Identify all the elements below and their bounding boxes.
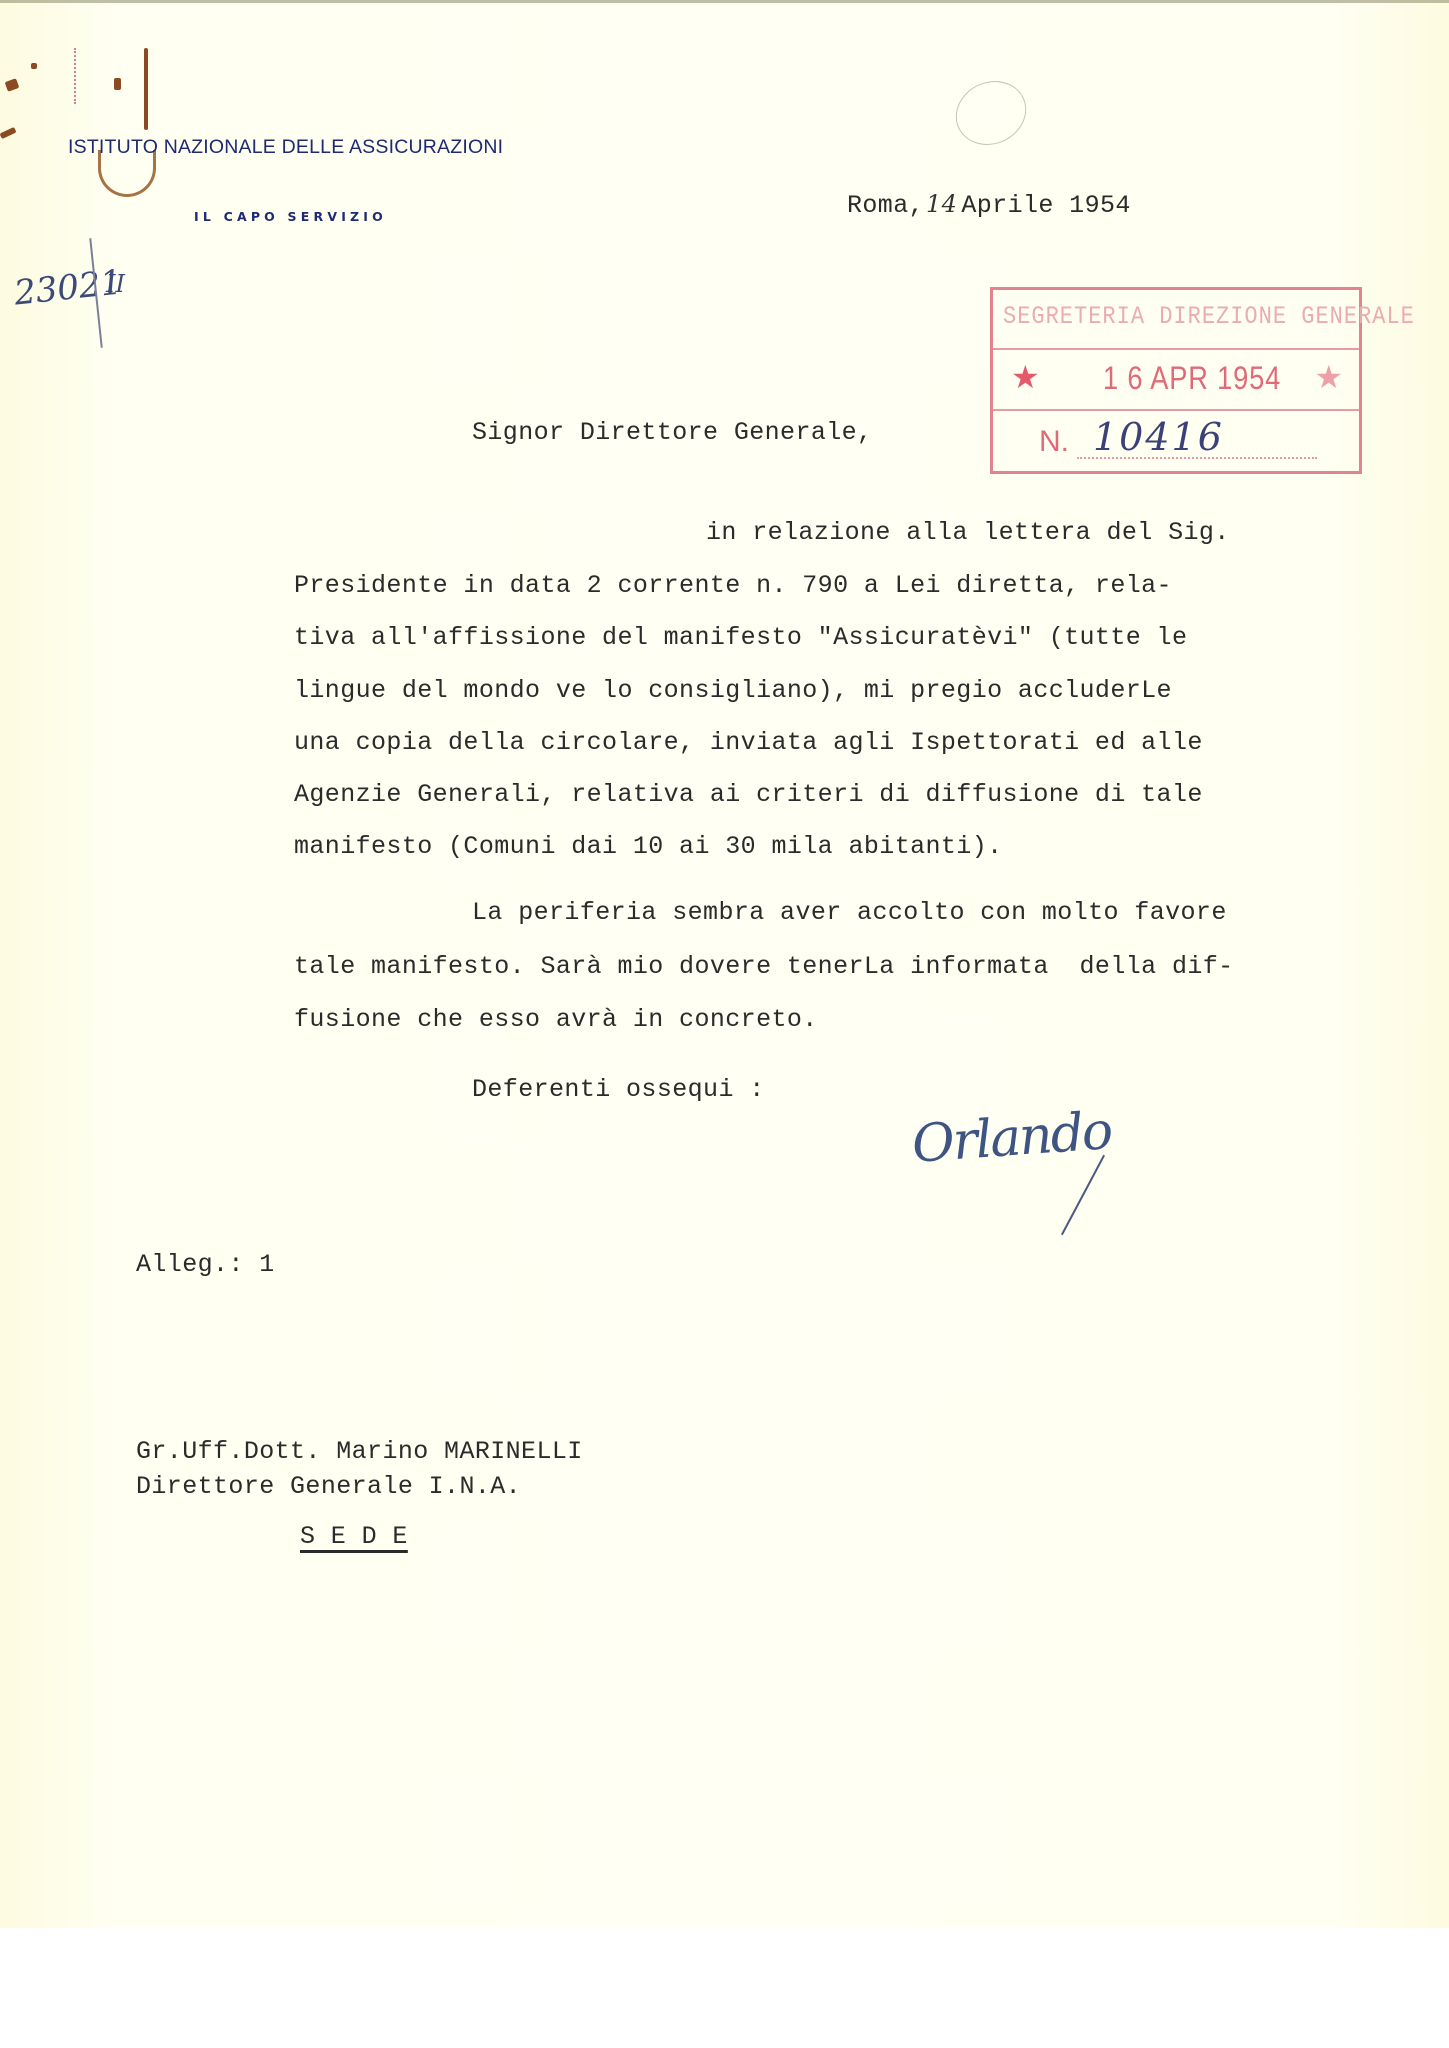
letter-page: ISTITUTO NAZIONALE DELLE ASSICURAZIONI I… — [0, 0, 1449, 1928]
letterhead-institution: ISTITUTO NAZIONALE DELLE ASSICURAZIONI — [68, 136, 503, 159]
body-line: tiva all'affissione del manifesto "Assic… — [294, 623, 1187, 652]
stamp-number: 10416 — [1093, 415, 1224, 459]
signature-stroke — [1061, 1155, 1105, 1235]
date-month-year: Aprile 1954 — [961, 191, 1130, 220]
body-line: manifesto (Comuni dai 10 ai 30 mila abit… — [294, 832, 1003, 861]
letterhead-office: IL CAPO SERVIZIO — [194, 209, 387, 224]
paper-edge — [0, 0, 1449, 3]
pencil-mark — [945, 70, 1036, 157]
star-icon: ★ — [1011, 358, 1040, 396]
body-line: Agenzie Generali, relativa ai criteri di… — [294, 780, 1203, 809]
body-line: lingue del mondo ve lo consigliano), mi … — [294, 676, 1172, 705]
closing: Deferenti ossequi : — [472, 1075, 765, 1104]
body-line: in relazione alla lettera del Sig. — [706, 518, 1230, 547]
recipient-title: Direttore Generale I.N.A. — [136, 1472, 521, 1501]
stamp-office: SEGRETERIA DIREZIONE GENERALE — [1003, 302, 1415, 331]
star-icon: ★ — [1314, 358, 1343, 396]
received-stamp: SEGRETERIA DIREZIONE GENERALE ★ 1 6 APR … — [990, 287, 1362, 474]
date-place: Roma, — [847, 191, 924, 220]
body-line: una copia della circolare, inviata agli … — [294, 728, 1203, 757]
body-line: fusione che esso avrà in concreto. — [294, 1005, 818, 1034]
salutation: Signor Direttore Generale, — [472, 418, 872, 447]
stamp-number-label: N. — [1039, 425, 1069, 459]
recipient-name: Gr.Uff.Dott. Marino MARINELLI — [136, 1437, 583, 1466]
body-line: La periferia sembra aver accolto con mol… — [472, 898, 1227, 927]
stamp-date: 1 6 APR 1954 — [1103, 360, 1281, 397]
signature: Orlando — [910, 1101, 1113, 1175]
body-line: tale manifesto. Sarà mio dovere tenerLa … — [294, 952, 1234, 981]
pink-pencil-mark — [74, 48, 84, 104]
body-line: Presidente in data 2 corrente n. 790 a L… — [294, 571, 1172, 600]
enclosures: Alleg.: 1 — [136, 1250, 275, 1279]
recipient-location: S E D E — [300, 1522, 408, 1551]
date-day-handwritten: 14 — [926, 190, 957, 218]
protocol-suffix: II — [106, 270, 125, 298]
place-date: Roma,14Aprile 1954 — [847, 190, 1131, 220]
